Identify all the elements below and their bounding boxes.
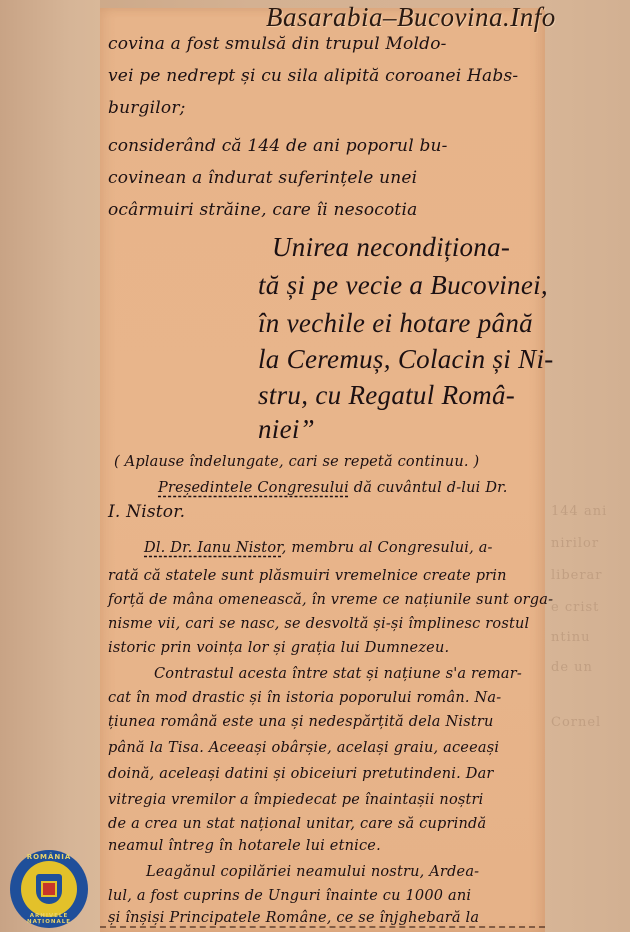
underlying-page-left	[0, 0, 100, 932]
manuscript-line: ocârmuiri străine, care îi nesocotia	[108, 200, 417, 220]
resolution-line: la Ceremuș, Colacin și Ni-	[258, 344, 554, 375]
nistor-line: forță de mâna omenească, în vreme ce naț…	[108, 592, 553, 608]
resolution-line: niei”	[258, 414, 315, 445]
contrast-line: vitregia vremilor a împiedecat pe înaint…	[108, 792, 484, 808]
ghost-text: ntinu	[551, 630, 591, 645]
president-continuation: I. Nistor.	[108, 502, 185, 522]
manuscript-line: covina a fost smulsă din trupul Moldo-	[108, 34, 447, 54]
national-archives-logo: ROMÂNIA ARHIVELE NAȚIONALE	[10, 850, 88, 928]
ghost-text: nirilor	[551, 536, 599, 551]
manuscript-line: vei pe nedrept și cu sila alipită coroan…	[108, 66, 518, 86]
site-watermark: Basarabia–Bucovina.Info	[266, 2, 556, 33]
ghost-text: liberar	[551, 568, 603, 583]
coat-of-arms-icon	[36, 874, 62, 904]
cradle-line: și înșiși Principatele Române, ce se înj…	[108, 910, 479, 926]
manuscript-line: considerând că 144 de ani poporul bu-	[108, 136, 448, 156]
underlying-page-right: 144 ani nirilor liberar e crist ntinu de…	[545, 0, 630, 932]
nistor-line: Dl. Dr. Ianu Nistor, membru al Congresul…	[144, 540, 493, 556]
president-line: Președintele Congresului dă cuvântul d-l…	[158, 480, 508, 496]
manuscript-line: burgilor;	[108, 98, 186, 118]
cradle-line: Leagănul copilăriei neamului nostru, Ard…	[146, 864, 479, 880]
logo-inner-disc	[21, 861, 77, 917]
ghost-text: Cornel	[551, 715, 601, 730]
manuscript-page: covina a fost smulsă din trupul Moldo- v…	[100, 8, 545, 932]
president-title: Președintele Congresului	[158, 480, 349, 496]
nistor-text: , membru al Congresului, a-	[282, 540, 493, 556]
resolution-line: în vechile ei hotare până	[258, 308, 533, 339]
speaker-name: Dl. Dr. Ianu Nistor	[144, 540, 282, 556]
president-rest: dă cuvântul d-lui Dr.	[349, 480, 508, 496]
ghost-text: de un	[551, 660, 593, 675]
ghost-text: 144 ani	[551, 504, 607, 519]
shield-core	[41, 881, 57, 897]
nistor-line: nisme vii, cari se nasc, se desvoltă și-…	[108, 616, 529, 632]
cradle-line: lul, a fost cuprins de Unguri înainte cu…	[108, 888, 471, 904]
contrast-line: țiunea română este una și nedespărțită d…	[108, 714, 494, 730]
nistor-line: rată că statele sunt plăsmuiri vremelnic…	[108, 568, 507, 584]
contrast-line: până la Tisa. Aceeași obârșie, același g…	[108, 740, 499, 756]
manuscript-line: covinean a îndurat suferințele unei	[108, 168, 417, 188]
logo-bottom-text: ARHIVELE NAȚIONALE	[10, 913, 88, 925]
contrast-line: Contrastul acesta între stat și națiune …	[154, 666, 522, 682]
resolution-line: tă și pe vecie a Bucovinei,	[258, 270, 548, 301]
contrast-line: doină, aceleași datini și obiceiuri pret…	[108, 766, 494, 782]
logo-top-text: ROMÂNIA	[10, 853, 88, 861]
contrast-line: de a crea un stat național unitar, care …	[108, 816, 486, 832]
contrast-line: neamul întreg în hotarele lui etnice.	[108, 838, 381, 854]
nistor-line: istoric prin voința lor și grația lui Du…	[108, 640, 449, 656]
contrast-line: cat în mod drastic și în istoria poporul…	[108, 690, 501, 706]
applause-note: ( Aplause îndelungate, cari se repetă co…	[114, 454, 479, 470]
resolution-line: stru, cu Regatul Româ-	[258, 380, 515, 411]
resolution-line: Unirea necondiționa-	[272, 232, 510, 263]
bottom-dashed-rule	[100, 926, 545, 928]
ghost-text: e crist	[551, 600, 599, 615]
